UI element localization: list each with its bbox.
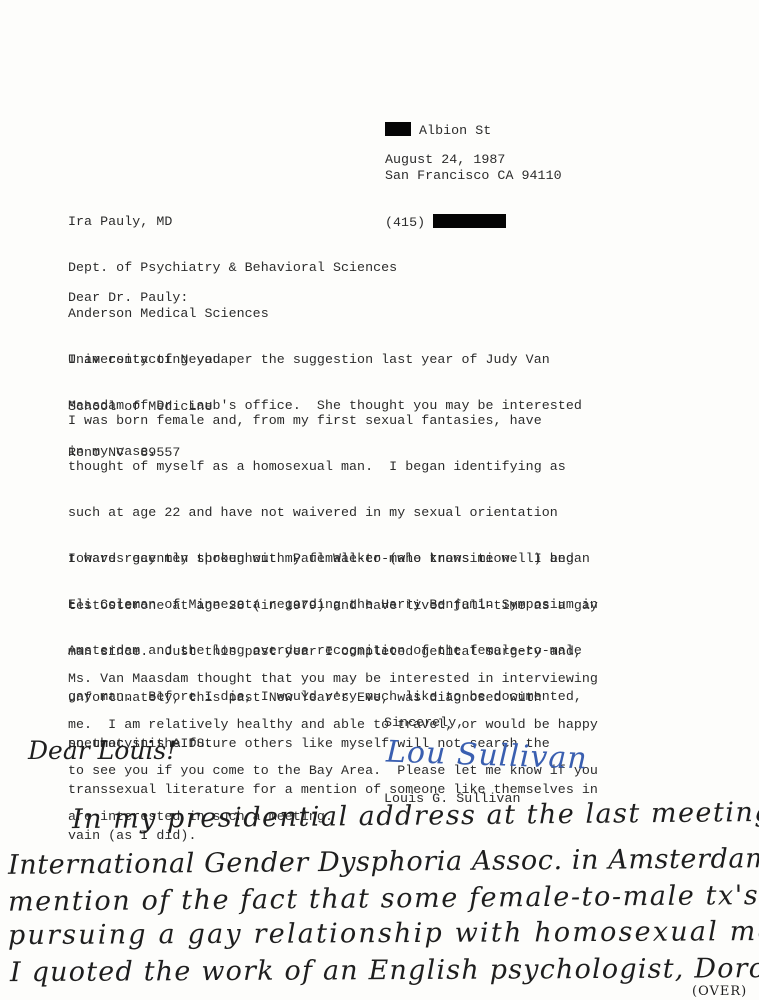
- handwritten-greeting: Dear Louis!: [28, 736, 176, 765]
- street-line: Albion St: [385, 122, 562, 137]
- handwritten-line: International Gender Dysphoria Assoc. in…: [8, 842, 759, 881]
- handwritten-signature: Lou Sullivan: [385, 734, 588, 776]
- paragraph-line: I am contacting you per the suggestion l…: [68, 352, 582, 367]
- letter-date: August 24, 1987: [385, 152, 505, 167]
- paragraph-line: thought of myself as a homosexual man. I…: [68, 459, 598, 474]
- paragraph-line: such at age 22 and have not waivered in …: [68, 505, 598, 520]
- paragraph-line: Ms. Van Maasdam thought that you may be …: [68, 671, 598, 686]
- return-address: Albion St San Francisco CA 94110 (415): [385, 91, 562, 245]
- phone-line: (415): [385, 214, 562, 229]
- recipient-line: Anderson Medical Sciences: [68, 306, 397, 321]
- street-name: Albion St: [419, 123, 491, 138]
- handwritten-line: pursuing a gay relationship with homosex…: [8, 916, 759, 951]
- closing: Sincerely,: [384, 715, 464, 730]
- city-line: San Francisco CA 94110: [385, 168, 562, 183]
- paragraph-line: Eli Coleman of Minnesota regarding the H…: [68, 597, 598, 612]
- salutation: Dear Dr. Pauly:: [68, 290, 188, 305]
- redacted-house-number: [385, 122, 411, 136]
- paragraph-line: I was born female and, from my first sex…: [68, 413, 598, 428]
- handwritten-line: I quoted the work of an English psycholo…: [10, 953, 759, 988]
- handwritten-line: mention of the fact that some female-to-…: [8, 879, 759, 917]
- recipient-line: Ira Pauly, MD: [68, 214, 397, 229]
- page-turn-note: (OVER): [692, 984, 747, 999]
- paragraph-line: me. I am relatively healthy and able to …: [68, 717, 598, 732]
- redacted-phone-number: [433, 214, 506, 228]
- paragraph-line: I have recently spoken with Paul Walker …: [68, 551, 598, 566]
- recipient-line: Dept. of Psychiatry & Behavioral Science…: [68, 260, 397, 275]
